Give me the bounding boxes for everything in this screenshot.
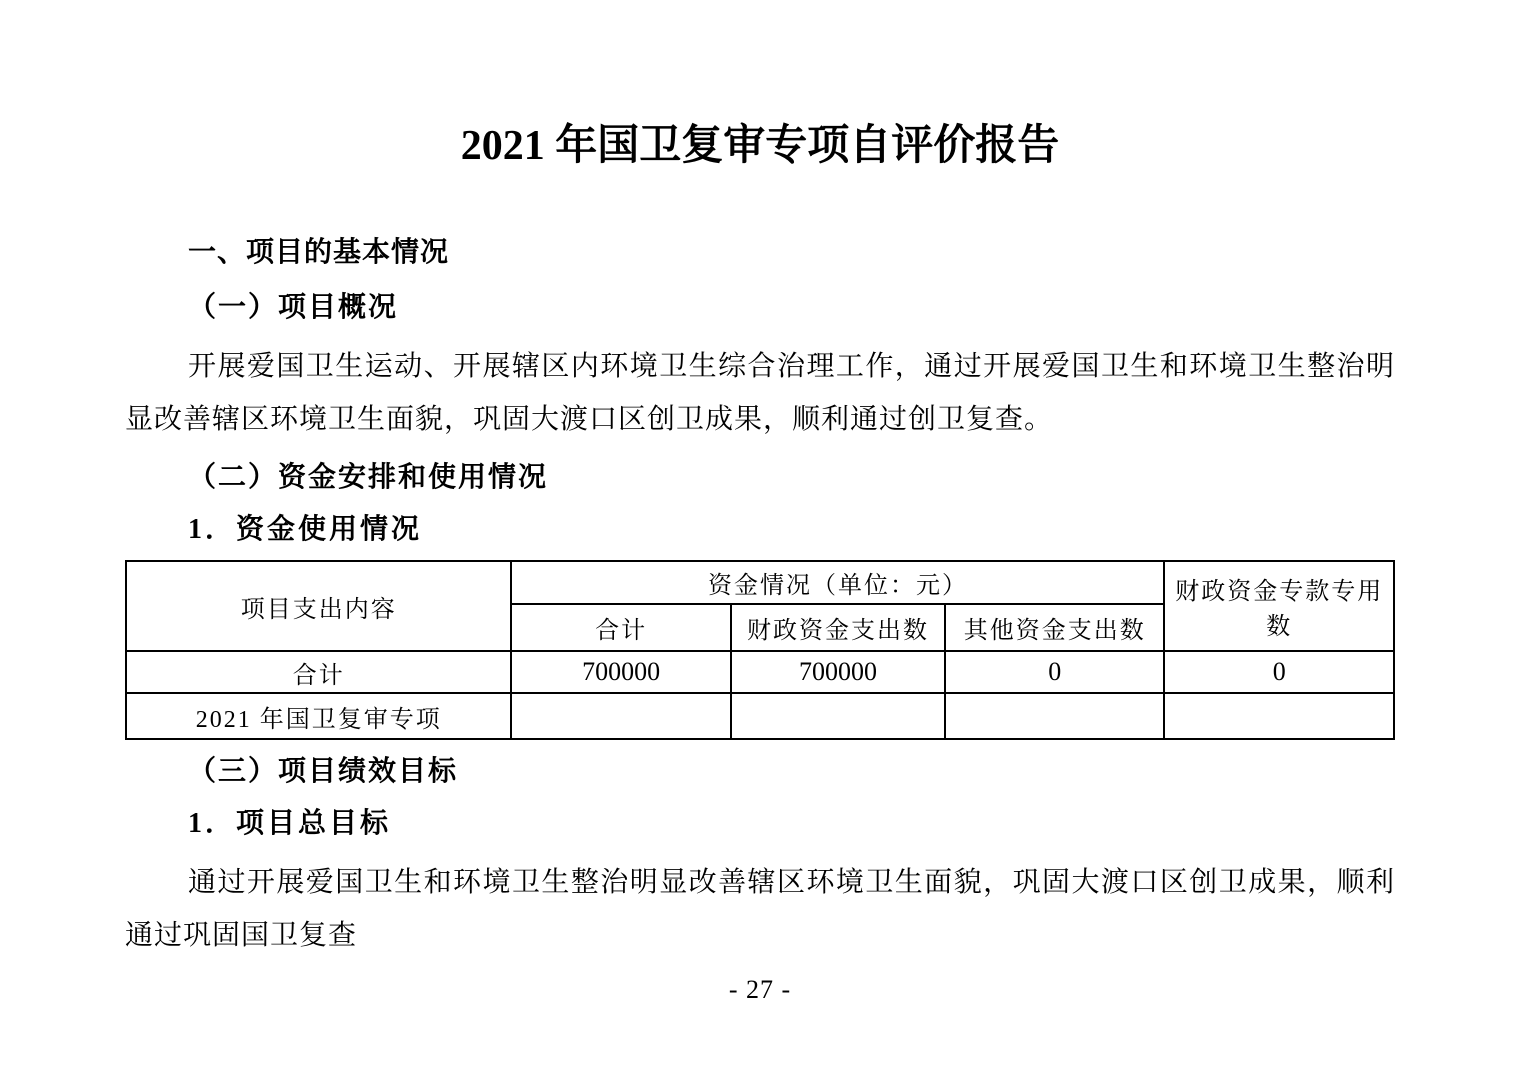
table-row-total: 合计 700000 700000 0 0 [126,651,1394,693]
table-header-cell-total: 合计 [511,604,730,651]
table-cell-item: 2021 年国卫复审专项 [126,693,511,739]
heading-funds-usage: 1．资金使用情况 [125,512,1395,548]
table-cell-other: 0 [945,651,1164,693]
table-header-cell-item: 项目支出内容 [126,561,511,651]
table-header-cell-fiscal: 财政资金支出数 [731,604,945,651]
page-number: - 27 - [0,975,1520,1005]
document-content: 2021 年国卫复审专项自评价报告 一、项目的基本情况 （一）项目概况 开展爱国… [0,0,1520,962]
table-header-cell-funds-group: 资金情况（单位：元） [511,561,1164,604]
table-header-cell-dedicated: 财政资金专款专用数 [1164,561,1394,651]
table-cell-other [945,693,1164,739]
document-page: 2021 年国卫复审专项自评价报告 一、项目的基本情况 （一）项目概况 开展爱国… [0,0,1520,1074]
paragraph-project-overview: 开展爱国卫生运动、开展辖区内环境卫生综合治理工作，通过开展爱国卫生和环境卫生整治… [125,340,1395,446]
paragraph-overall-goal: 通过开展爱国卫生和环境卫生整治明显改善辖区环境卫生面貌，巩固大渡口区创卫成果，顺… [125,856,1395,962]
table-cell-dedicated: 0 [1164,651,1394,693]
table-header-cell-other: 其他资金支出数 [945,604,1164,651]
subsection-heading-funds-arrangement: （二）资金安排和使用情况 [125,460,1395,496]
table-cell-dedicated [1164,693,1394,739]
table-cell-fiscal [731,693,945,739]
table-cell-item: 合计 [126,651,511,693]
funds-table: 项目支出内容 资金情况（单位：元） 财政资金专款专用数 合计 财政资金支出数 其… [125,560,1395,740]
document-title: 2021 年国卫复审专项自评价报告 [125,0,1395,172]
table-row-project: 2021 年国卫复审专项 [126,693,1394,739]
subsection-heading-project-overview: （一）项目概况 [125,290,1395,326]
table-cell-total: 700000 [511,651,730,693]
table-cell-total [511,693,730,739]
section-heading-basic-info: 一、项目的基本情况 [125,234,1395,270]
table-cell-fiscal: 700000 [731,651,945,693]
table-header-row-1: 项目支出内容 资金情况（单位：元） 财政资金专款专用数 [126,561,1394,604]
heading-overall-goal: 1．项目总目标 [125,806,1395,842]
subsection-heading-performance-goals: （三）项目绩效目标 [125,754,1395,790]
